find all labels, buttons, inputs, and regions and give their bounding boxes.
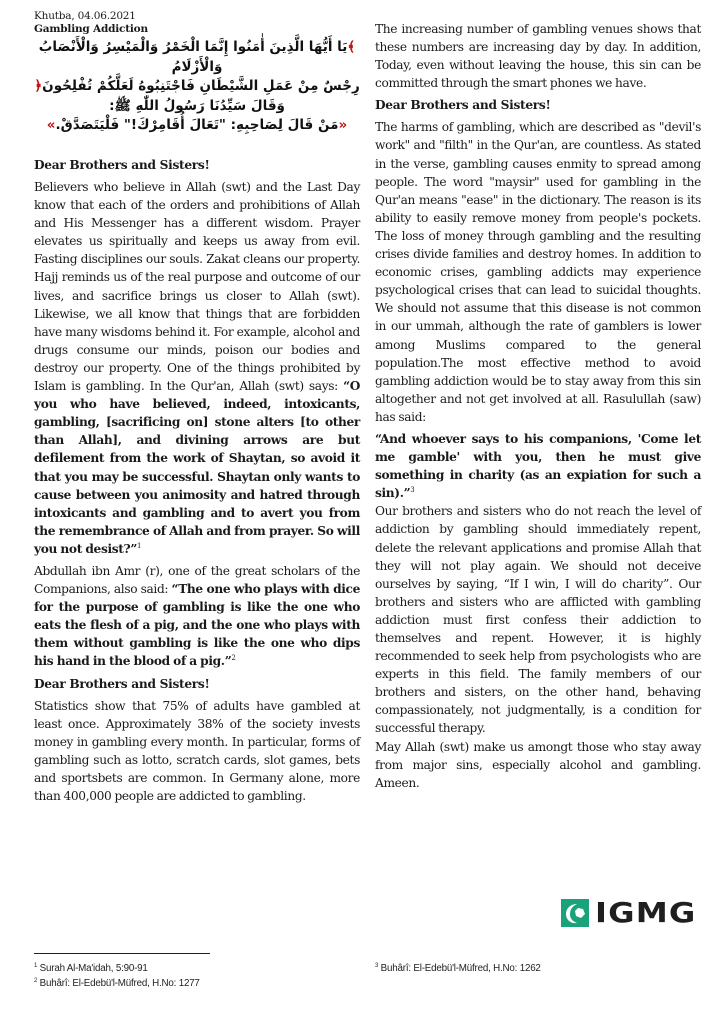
footnote-1: 1 Surah Al-Ma'idah, 5:90-91	[34, 961, 148, 976]
arabic-line-1: ﴾يَا أَيُّهَا الَّذِينَ أٰمَنُوا إِنَّمَ…	[34, 38, 360, 77]
paragraph-harms: The harms of gambling, which are describ…	[375, 118, 701, 426]
quote-open-icon: «	[338, 117, 347, 133]
footnote-ref: 1	[137, 542, 141, 550]
logo-wordmark: IGMG	[595, 899, 696, 927]
arabic-line-2: رِجْسٌ مِنْ عَمَلِ الشَّيْطَانِ فَاجْتَن…	[34, 77, 360, 97]
paragraph-statistics: Statistics show that 75% of adults have …	[34, 697, 360, 806]
section-heading: Dear Brothers and Sisters!	[375, 96, 701, 114]
crescent-star-logo-icon	[561, 899, 589, 927]
paragraph-hadith-charity: “And whoever says to his companions, 'Co…	[375, 430, 701, 502]
arabic-verse-block: ﴾يَا أَيُّهَا الَّذِينَ أٰمَنُوا إِنَّمَ…	[34, 38, 360, 136]
footnote-3: 3 Buhârî: El-Edebü'l-Müfred, H.No: 1262	[375, 961, 541, 976]
khutba-date: Khutba, 04.06.2021	[34, 10, 148, 23]
right-column: The increasing number of gambling venues…	[375, 20, 701, 792]
document-title: Gambling Addiction	[34, 23, 148, 36]
quote-close-icon: »	[47, 117, 56, 133]
hadith-quote: “And whoever says to his companions, 'Co…	[375, 432, 701, 500]
arabic-line-4: «مَنْ قَالَ لِصَاحِبِهِ: "تَعَالَ أُقَام…	[34, 116, 360, 136]
footnote-separator	[34, 953, 210, 954]
footnote-ref: 3	[410, 486, 414, 494]
left-column: Dear Brothers and Sisters! Believers who…	[34, 156, 360, 805]
paragraph-hadith-abdullah: Abdullah ibn Amr (r), one of the great s…	[34, 562, 360, 671]
footnote-2: 2 Buhârî: El-Edebü'l-Müfred, H.No: 1277	[34, 976, 200, 991]
igmg-logo: IGMG	[561, 898, 689, 928]
arabic-line-3: وَقَالَ سَيِّدُنَا رَسُولُ اللّٰهِ ﷺ:	[34, 97, 360, 117]
paragraph-repent: Our brothers and sisters who do not reac…	[375, 502, 701, 737]
document-header: Khutba, 04.06.2021 Gambling Addiction	[34, 10, 148, 36]
quran-quote: “O you who have believed, indeed, intoxi…	[34, 379, 360, 556]
paragraph-dua: May Allah (swt) make us amongt those who…	[375, 738, 701, 792]
paragraph-venues: The increasing number of gambling venues…	[375, 20, 701, 92]
document-page: Khutba, 04.06.2021 Gambling Addiction ﴾ي…	[0, 0, 724, 1024]
ornate-bracket-close-icon: ﴿	[34, 78, 42, 94]
footnote-ref: 2	[231, 654, 235, 662]
section-heading: Dear Brothers and Sisters!	[34, 675, 360, 693]
section-heading: Dear Brothers and Sisters!	[34, 156, 360, 174]
ornate-bracket-open-icon: ﴾	[347, 39, 355, 55]
paragraph-intro: Believers who believe in Allah (swt) and…	[34, 178, 360, 558]
